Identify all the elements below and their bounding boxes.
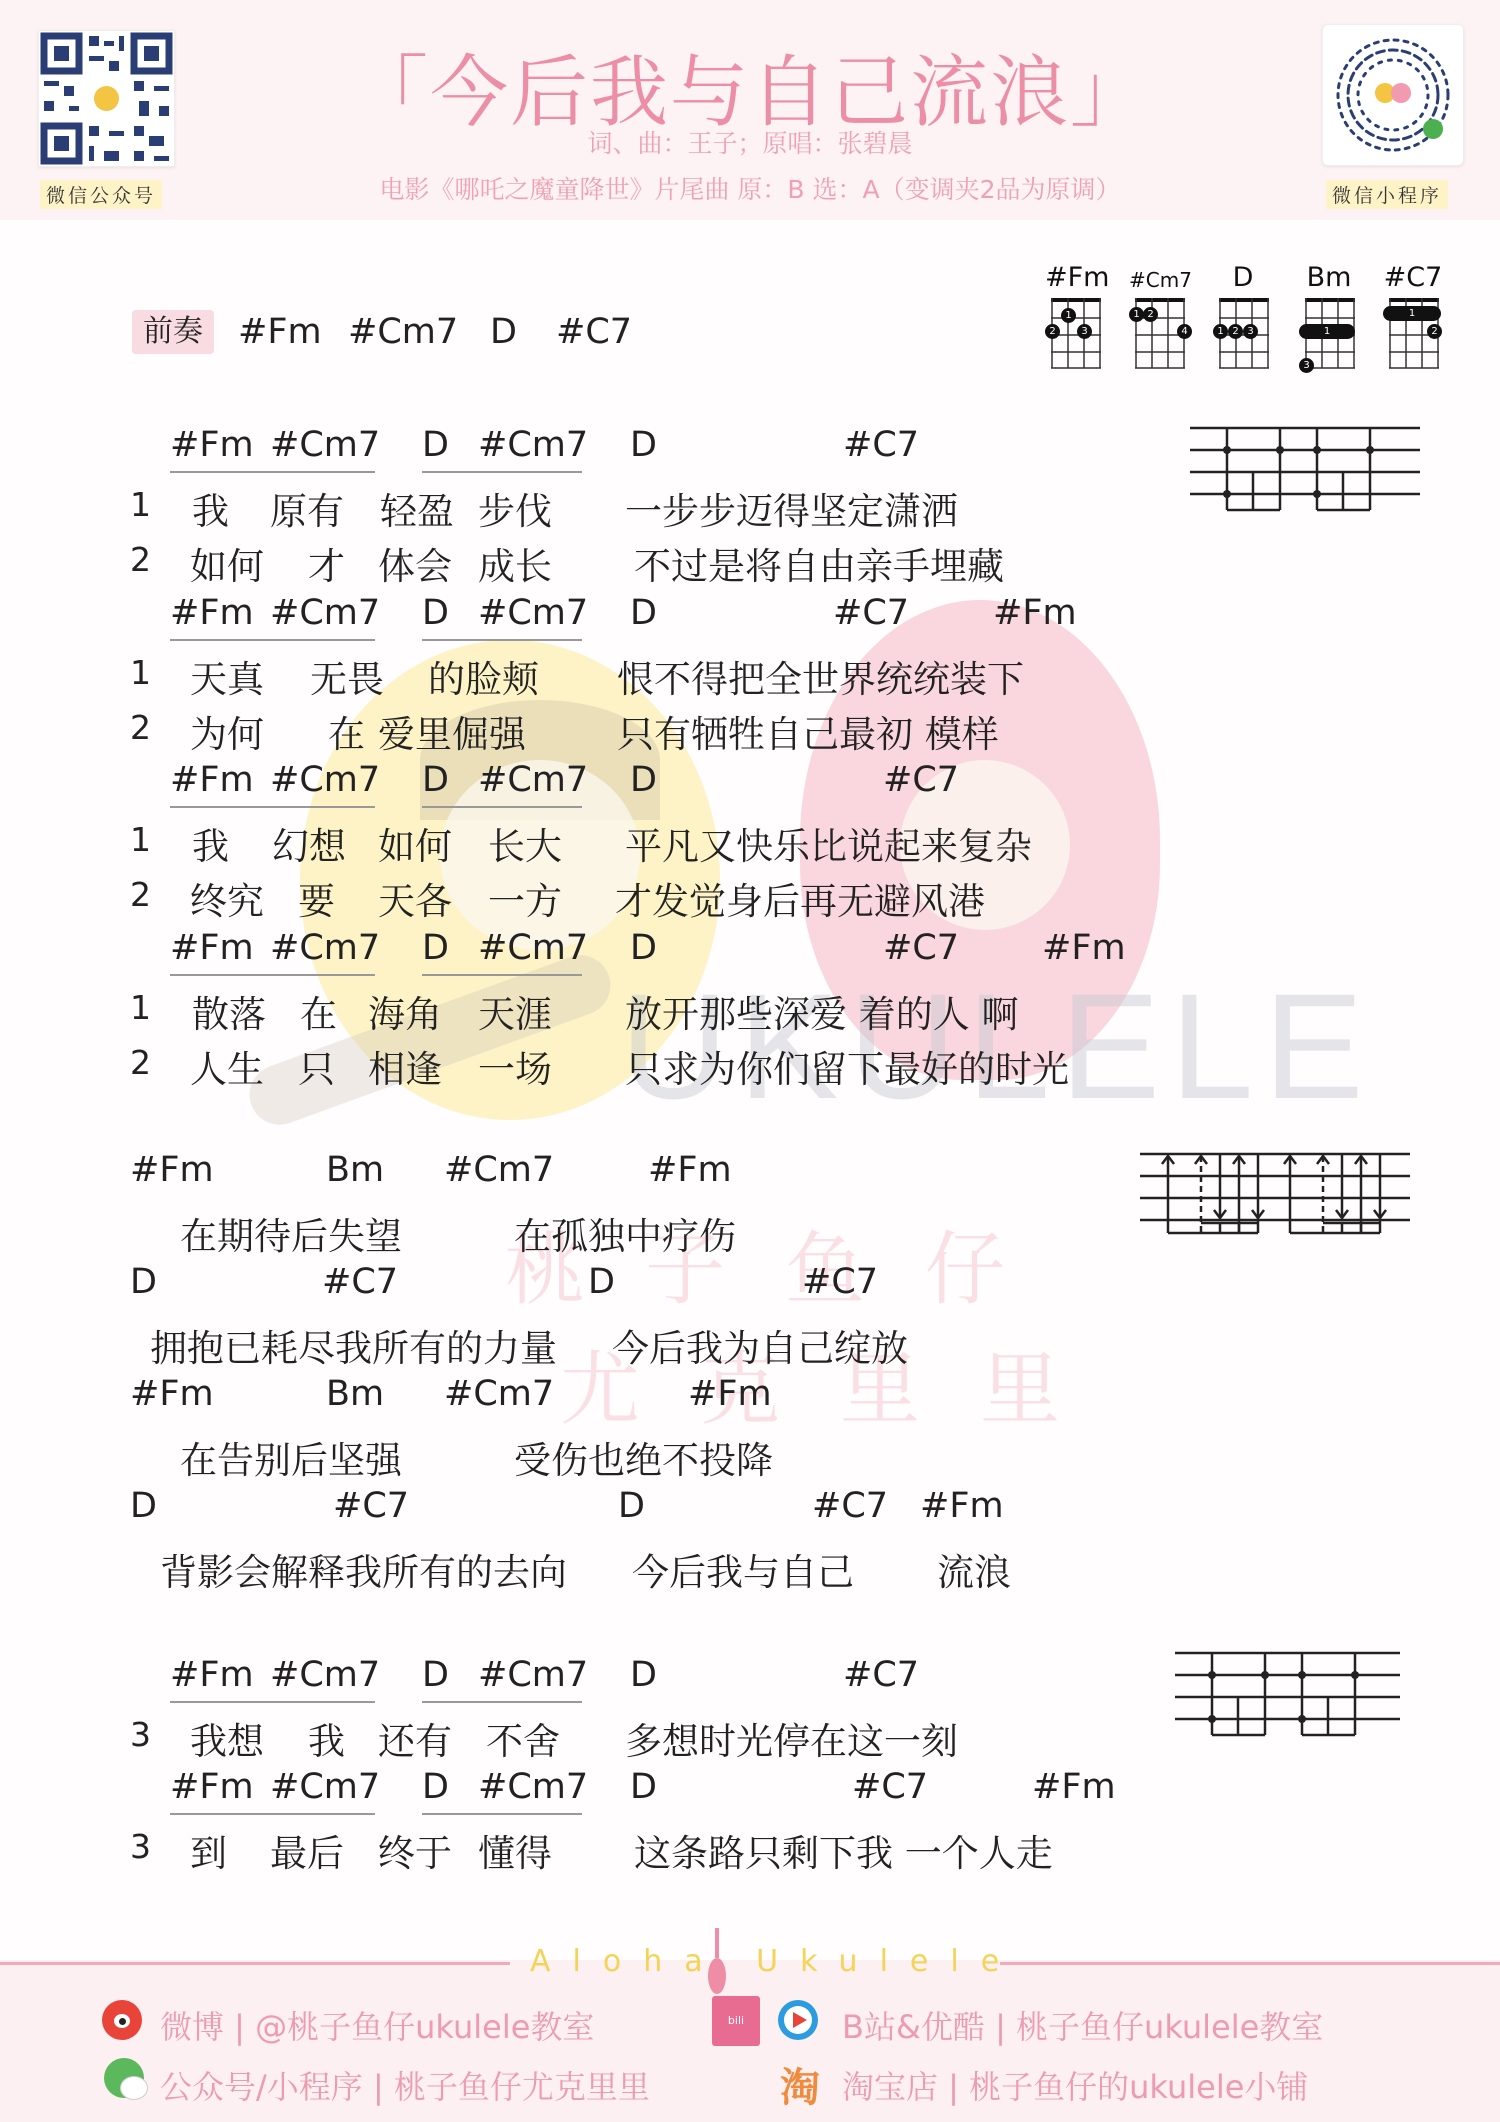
lyric: 在告别后坚强: [180, 1430, 402, 1484]
chord: #Cm7: [478, 1655, 588, 1695]
chord: #Cm7: [444, 1150, 554, 1190]
chord-underline: [170, 974, 375, 976]
chord: #Fm: [993, 593, 1077, 633]
chord: #C7: [852, 1767, 928, 1807]
chord: Bm: [326, 1150, 384, 1190]
verse-block-4: #Fm #Cm7 D #Cm7 D #C7 #Fm 1 散落 在 海角 天涯 放…: [0, 928, 1150, 1088]
lyric: 终究: [190, 871, 264, 925]
chord: #Fm: [920, 1486, 1004, 1526]
lyric: 流浪: [937, 1542, 1011, 1596]
chord: #C7: [333, 1486, 409, 1526]
chord: #Fm: [1032, 1767, 1116, 1807]
chord: #Fm: [170, 593, 254, 633]
lyric: 恨不得把全世界统统装下: [617, 649, 1024, 703]
chord: #Fm: [648, 1150, 732, 1190]
verse-block-3: #Fm #Cm7 D #Cm7 D #C7 1 我 幻想 如何 长大 平凡又快乐…: [0, 760, 1150, 920]
chord: D: [588, 1262, 615, 1302]
lyric: 轻盈: [380, 481, 454, 535]
verse-number: 2: [130, 1043, 151, 1082]
chord-underline: [422, 1813, 582, 1815]
weibo-link[interactable]: 微博 | @桃子鱼仔ukulele教室: [160, 2002, 594, 2048]
chord: D: [422, 928, 449, 968]
lyric: 一场: [478, 1039, 552, 1093]
chord: #C7: [883, 928, 959, 968]
chord: #C7: [843, 1655, 919, 1695]
lyric: 为何: [190, 704, 264, 758]
chord: D: [630, 1655, 657, 1695]
chord: #Cm7: [270, 760, 380, 800]
chord: #C7: [883, 760, 959, 800]
chord: #Cm7: [478, 928, 588, 968]
lyric: 受伤也绝不投降: [514, 1430, 773, 1484]
verse-number: 2: [130, 875, 151, 914]
lyric: 还有: [378, 1711, 452, 1765]
chord: #Fm: [170, 1767, 254, 1807]
chord-underline: [170, 1813, 375, 1815]
chord: #Fm: [130, 1150, 214, 1190]
chord: D: [422, 425, 449, 465]
lyric: 人生: [190, 1039, 264, 1093]
lyric: 长大: [488, 816, 562, 870]
lyric: 我: [192, 481, 229, 535]
lyric: 在: [328, 704, 365, 758]
chord-diagram-csharp-7: #C7 1 2: [1383, 262, 1443, 293]
lyric: 天真: [190, 649, 264, 703]
chord: #Cm7: [478, 760, 588, 800]
chord: D: [618, 1486, 645, 1526]
lyric: 天涯: [478, 984, 552, 1038]
chord: #Cm7: [270, 425, 380, 465]
lyric: 体会: [378, 536, 452, 590]
chord: #Fm: [688, 1374, 772, 1414]
chord: D: [130, 1486, 157, 1526]
chord-underline: [422, 806, 582, 808]
chord-underline: [422, 1701, 582, 1703]
lyric: 今后我为自己绽放: [612, 1318, 908, 1372]
lyric: 终于: [378, 1823, 452, 1877]
chord: #Fm: [1042, 928, 1126, 968]
bilibili-icon: bili: [712, 1996, 760, 2046]
lyric: 成长: [478, 536, 552, 590]
chord: D: [422, 760, 449, 800]
prelude-chord: #Fm: [238, 312, 322, 352]
chord: #Cm7: [270, 593, 380, 633]
chord: #Fm: [170, 760, 254, 800]
chord: D: [422, 1767, 449, 1807]
outro-block-1: #Fm #Cm7 D #Cm7 D #C7 3 我想 我 还有 不舍 多想时光停…: [0, 1655, 1150, 1775]
chord-diagram-fsharp-minor: #Fm 1 2 3: [1045, 262, 1105, 293]
chord: #C7: [812, 1486, 888, 1526]
lyric: 的脸颊: [428, 649, 539, 703]
chord: D: [130, 1262, 157, 1302]
chord: #Cm7: [270, 928, 380, 968]
chord: #C7: [322, 1262, 398, 1302]
song-info: 电影《哪吒之魔童降世》片尾曲 原：B 选：A（变调夹2品为原调）: [0, 170, 1500, 206]
verse-number: 1: [130, 820, 151, 859]
taobao-link[interactable]: 淘宝店 | 桃子鱼仔的ukulele小铺: [842, 2062, 1308, 2108]
chord-diagram-name: #Fm: [1045, 262, 1105, 293]
lyric: 天各: [378, 871, 452, 925]
lyric: 步伐: [478, 481, 552, 535]
chord-diagram-name: #C7: [1383, 262, 1443, 293]
wechat-mini-program-code: [1322, 24, 1464, 166]
chord: #Cm7: [478, 593, 588, 633]
lyric: 拥抱已耗尽我所有的力量: [150, 1318, 557, 1372]
chord: #Fm: [130, 1374, 214, 1414]
lyric: 我: [308, 1711, 345, 1765]
chord: D: [422, 1655, 449, 1695]
chord-underline: [422, 974, 582, 976]
chord: #Fm: [170, 425, 254, 465]
youku-icon: [778, 2000, 818, 2040]
verse-block-2: #Fm #Cm7 D #Cm7 D #C7 #Fm 1 天真 无畏 的脸颊 恨不…: [0, 593, 1150, 753]
lyric: 这条路只剩下我 一个人走: [634, 1823, 1053, 1877]
lyric: 多想时光停在这一刻: [625, 1711, 958, 1765]
lyric: 才发觉身后再无避风港: [615, 871, 985, 925]
lyric: 在孤独中疗伤: [514, 1206, 736, 1260]
lyric: 爱里倔强: [378, 704, 526, 758]
lyric: 懂得: [478, 1823, 552, 1877]
lyric: 要: [298, 871, 335, 925]
lyric: 只: [298, 1039, 335, 1093]
lyric: 海角: [368, 984, 442, 1038]
lyric: 相逢: [368, 1039, 442, 1093]
verse-number: 2: [130, 540, 151, 579]
qr-right-caption: 微信小程序: [1326, 180, 1448, 209]
outro-block-2: #Fm #Cm7 D #Cm7 D #C7 #Fm 3 到 最后 终于 懂得 这…: [0, 1767, 1150, 1887]
wechat-link[interactable]: 公众号/小程序 | 桃子鱼仔尤克里里: [160, 2062, 650, 2108]
chord-underline: [170, 639, 375, 641]
lyric: 只求为你们留下最好的时光: [625, 1039, 1069, 1093]
lyric: 我: [192, 816, 229, 870]
bilibili-youku-link[interactable]: B站&优酷 | 桃子鱼仔ukulele教室: [842, 2002, 1323, 2048]
chord-diagram-csharp-minor-7: #Cm7 1 2 4: [1129, 262, 1189, 292]
chord: #Fm: [170, 928, 254, 968]
verse-number: 1: [130, 485, 151, 524]
lyric: 最后: [270, 1823, 344, 1877]
chord: #Cm7: [478, 425, 588, 465]
lyric: 只有牺牲自己最初 模样: [617, 704, 999, 758]
lyric: 一步步迈得坚定潇洒: [625, 481, 958, 535]
chord-underline: [422, 639, 582, 641]
strum-pattern-chorus-icon: [1140, 1148, 1410, 1238]
chord: Bm: [326, 1374, 384, 1414]
chord: #Cm7: [270, 1655, 380, 1695]
chorus-section: #Fm Bm #Cm7 #Fm 在期待后失望 在孤独中疗伤 D #C7 D #C…: [0, 1150, 1150, 1600]
chord-diagrams: #Fm 1 2 3 #Cm7 1 2 4 D 1 2 3 Bm: [1045, 262, 1485, 372]
chord: D: [630, 760, 657, 800]
verse-number: 3: [130, 1827, 151, 1866]
lyric: 不舍: [486, 1711, 560, 1765]
lyric: 我想: [190, 1711, 264, 1765]
verse-number: 1: [130, 988, 151, 1027]
chord: D: [630, 593, 657, 633]
brand-aloha-ukulele: Aloha Ukulele: [530, 1944, 1021, 1979]
footer-divider-right: [1000, 1962, 1500, 1965]
chord: #Cm7: [478, 1767, 588, 1807]
taobao-icon: 淘: [780, 2056, 820, 2113]
wechat-icon: [104, 2058, 144, 2098]
lyric: 平凡又快乐比说起来复杂: [625, 816, 1032, 870]
lyric: 到: [190, 1823, 227, 1877]
lyric: 如何: [378, 816, 452, 870]
strum-pattern-verse-icon: [1190, 420, 1420, 515]
lyric: 才: [308, 536, 345, 590]
chord-diagram-b-minor: Bm 1 3: [1299, 262, 1359, 293]
chord-diagram-d-major: D 1 2 3: [1213, 262, 1273, 293]
prelude-chord: D: [490, 312, 517, 352]
prelude-label: 前奏: [132, 310, 214, 354]
chord-diagram-name: #Cm7: [1129, 262, 1189, 292]
lyric: 原有: [270, 481, 344, 535]
lyric: 背影会解释我所有的去向: [160, 1542, 567, 1596]
lyric: 今后我与自己: [632, 1542, 854, 1596]
chord: D: [630, 928, 657, 968]
chord: D: [422, 593, 449, 633]
chord-underline: [422, 471, 582, 473]
lyric: 在: [300, 984, 337, 1038]
chord: #Cm7: [444, 1374, 554, 1414]
chord-underline: [170, 1701, 375, 1703]
lyric: 在期待后失望: [180, 1206, 402, 1260]
ukulele-icon: [706, 1928, 728, 1998]
prelude-chord: #Cm7: [348, 312, 458, 352]
lyric: 如何: [190, 536, 264, 590]
verse-block-1: #Fm #Cm7 D #Cm7 D #C7 1 我 原有 轻盈 步伐 一步步迈得…: [0, 425, 1150, 585]
chord: #C7: [843, 425, 919, 465]
verse-number: 1: [130, 653, 151, 692]
chord-diagram-name: D: [1213, 262, 1273, 293]
chord: #C7: [833, 593, 909, 633]
lyric: 幻想: [272, 816, 346, 870]
lyric: 放开那些深爱 着的人 啊: [625, 984, 1019, 1038]
verse-number: 3: [130, 1715, 151, 1754]
mini-program-code-icon: [1323, 25, 1463, 165]
song-credits: 词、曲：王子；原唱：张碧晨: [0, 124, 1500, 160]
chord-underline: [170, 471, 375, 473]
weibo-icon: [102, 2000, 142, 2040]
footer-divider-left: [0, 1962, 510, 1965]
chord-diagram-name: Bm: [1299, 262, 1359, 293]
lyric: 无畏: [310, 649, 384, 703]
chord-underline: [170, 806, 375, 808]
chord: #C7: [802, 1262, 878, 1302]
chord: D: [630, 1767, 657, 1807]
verse-number: 2: [130, 708, 151, 747]
chord: D: [630, 425, 657, 465]
chord: #Fm: [170, 1655, 254, 1695]
chord: #Cm7: [270, 1767, 380, 1807]
lyric: 一方: [488, 871, 562, 925]
lyric: 不过是将自由亲手埋藏: [634, 536, 1004, 590]
strum-pattern-outro-icon: [1175, 1645, 1400, 1740]
prelude-chord: #C7: [556, 312, 632, 352]
lyric: 散落: [192, 984, 266, 1038]
